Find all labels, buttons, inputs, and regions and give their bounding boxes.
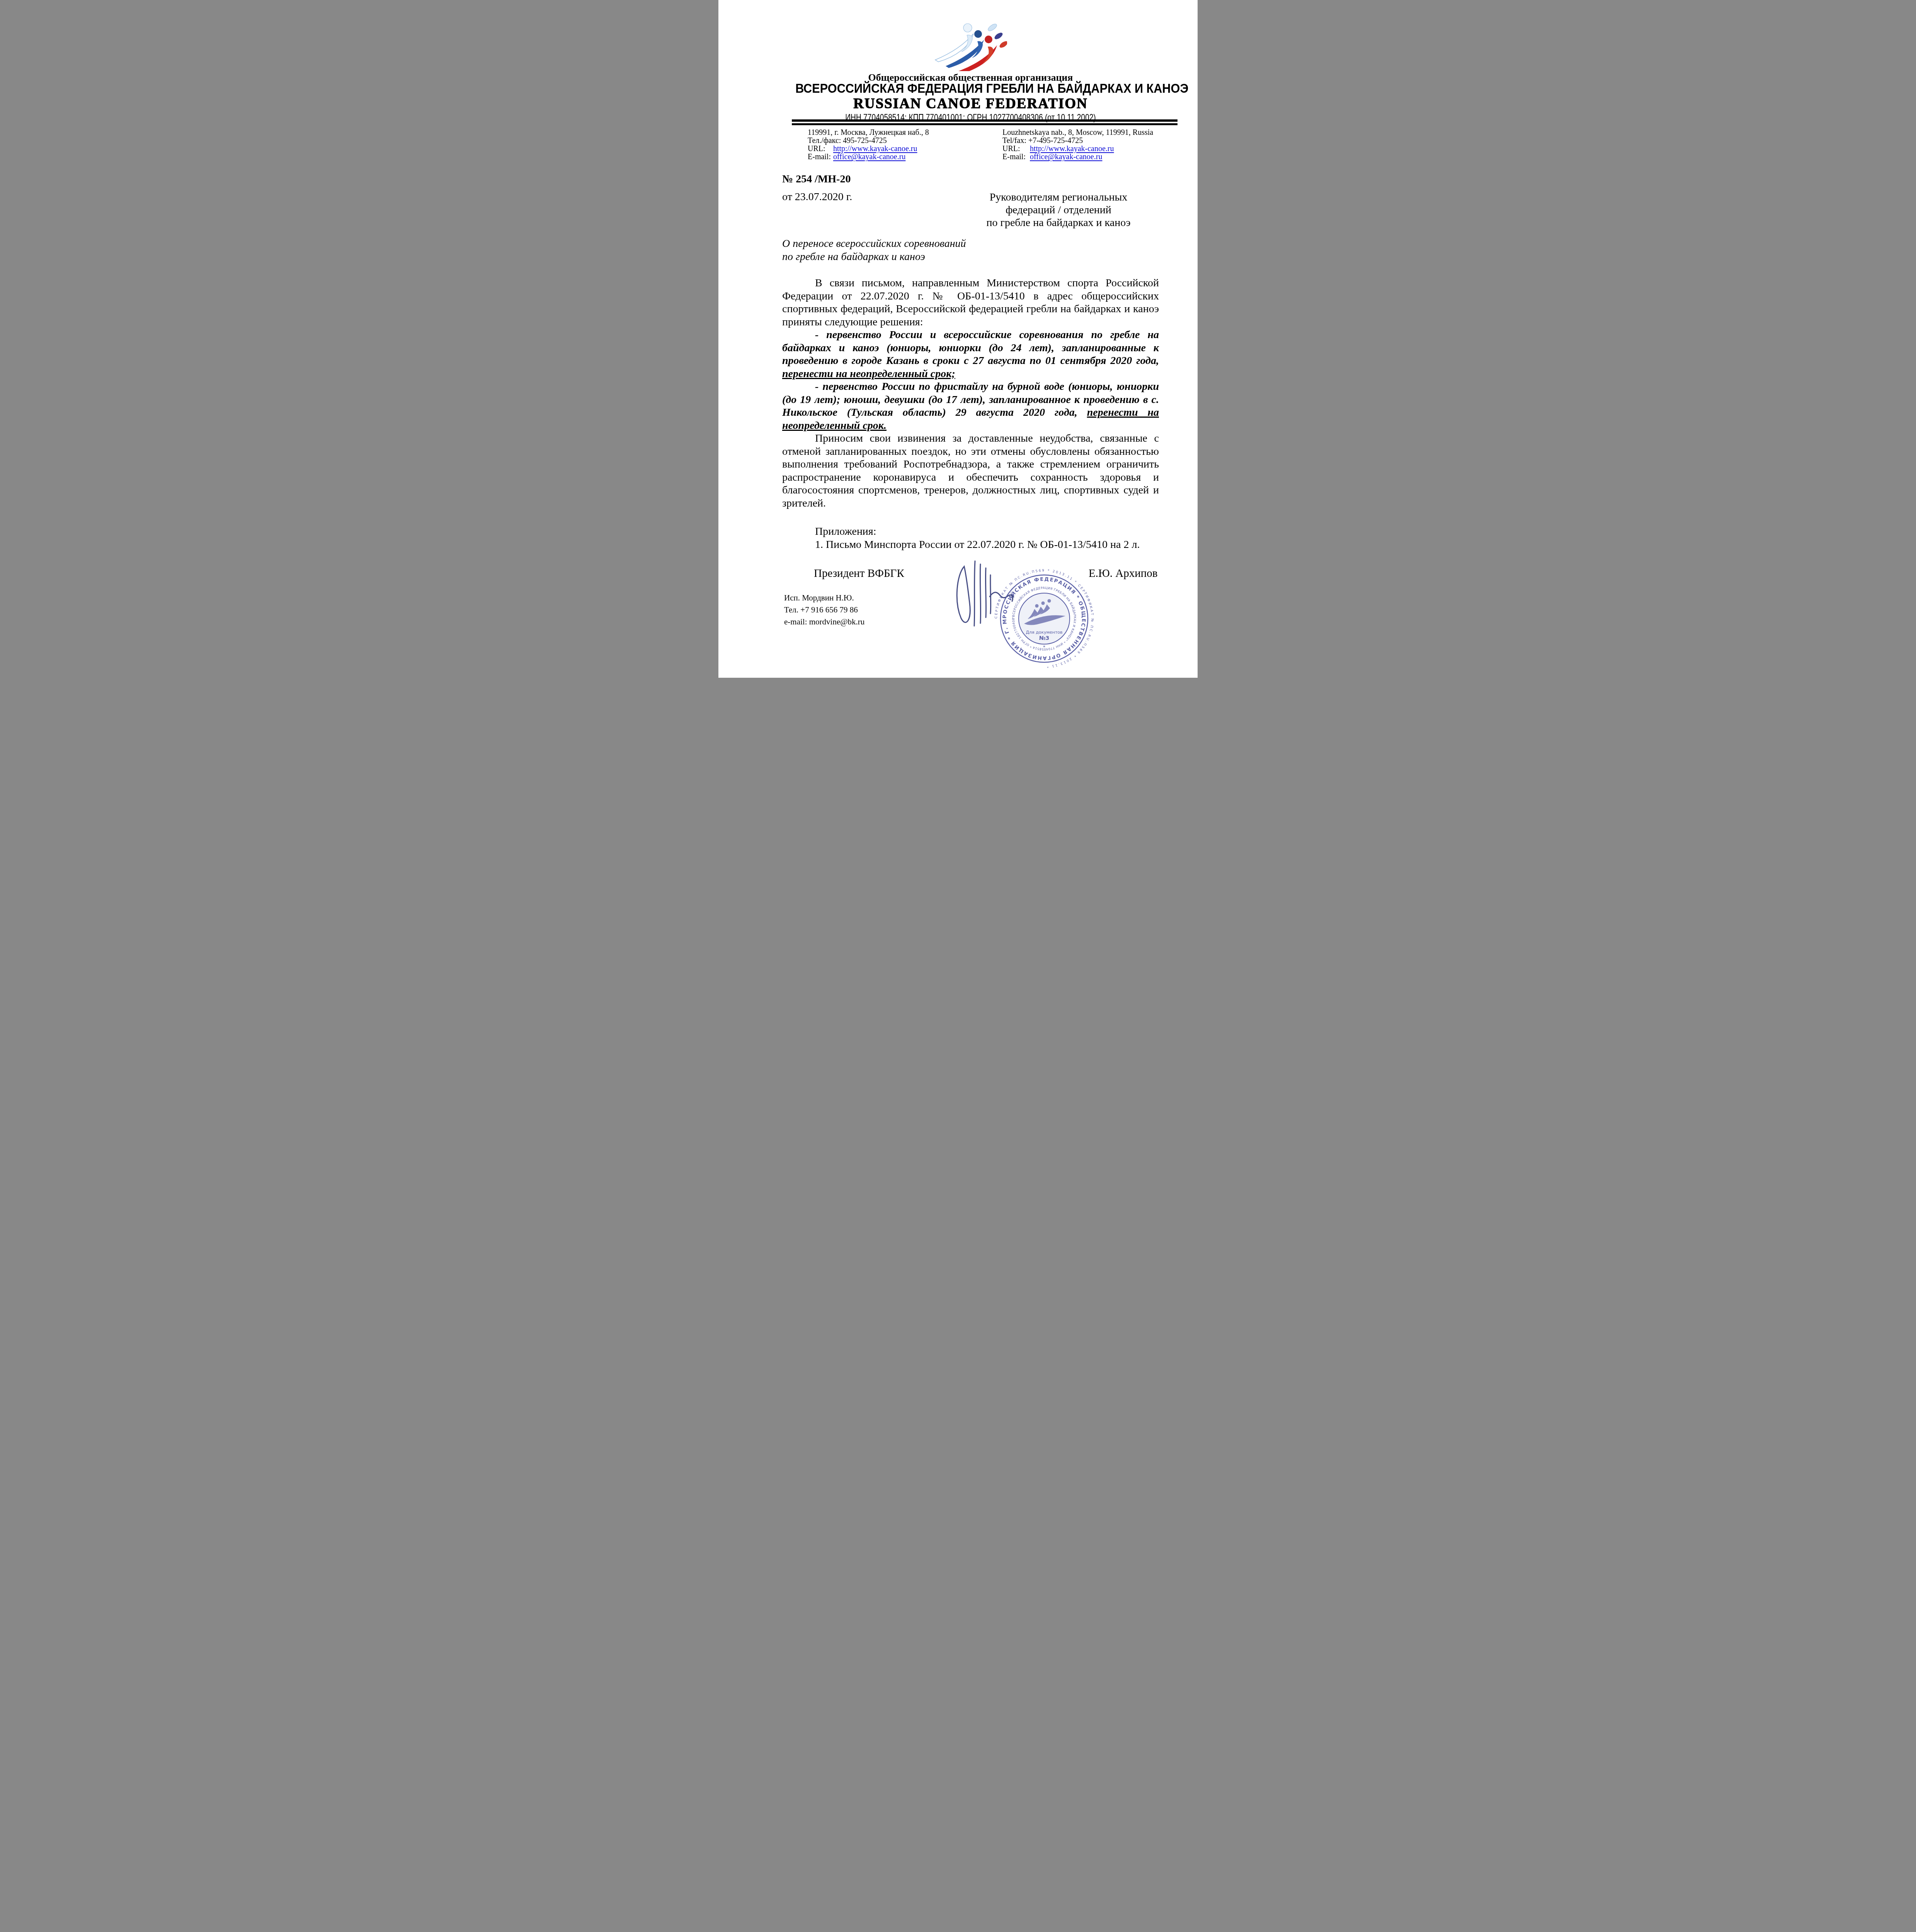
email-link-en[interactable]: office@kayak-canoe.ru: [1030, 153, 1102, 161]
addressee-line: федераций / отделений: [966, 204, 1151, 216]
url-row-en: URL:http://www.kayak-canoe.ru: [1002, 145, 1157, 153]
contacts-russian: 119991, г. Москва, Лужнецкая наб., 8 Тел…: [808, 129, 935, 161]
executor-phone: Тел. +7 916 656 79 86: [784, 604, 864, 616]
url-label-en: URL:: [1002, 145, 1030, 153]
org-name-russian: ВСЕРОССИЙСКАЯ ФЕДЕРАЦИЯ ГРЕБЛИ НА БАЙДАР…: [795, 81, 1146, 96]
org-name-english: RUSSIAN CANOE FEDERATION: [782, 95, 1159, 112]
federation-logo: [934, 22, 1007, 71]
address-ru: 119991, г. Москва, Лужнецкая наб., 8: [808, 129, 935, 137]
phone-ru: Тел./факс: 495-725-4725: [808, 137, 935, 145]
attachments-label: Приложения:: [782, 525, 1159, 538]
executor-name: Исп. Мордвин Н.Ю.: [784, 592, 864, 604]
email-link-ru[interactable]: office@kayak-canoe.ru: [833, 153, 905, 161]
phone-en: Tel/fax: +7-495-725-4725: [1002, 137, 1157, 145]
signer-name: Е.Ю. Архипов: [1089, 567, 1157, 580]
addressee-line: по гребле на байдарках и каноэ: [966, 216, 1151, 229]
url-label-ru: URL:: [808, 145, 833, 153]
round-stamp: СЕРТИФИКАТ № ПС.RU.П569 * 2013.11 * СЕРТ…: [991, 566, 1097, 672]
email-label-ru: E-mail:: [808, 153, 833, 161]
stamp-number: №3: [1039, 635, 1050, 641]
url-row-ru: URL:http://www.kayak-canoe.ru: [808, 145, 935, 153]
decision-underlined: перенести на неопределенный срок;: [782, 368, 955, 380]
letter-body: В связи письмом, направленным Министерст…: [782, 277, 1159, 551]
addressee-line: Руководителям региональных: [966, 191, 1151, 204]
subject-line: О переносе всероссийских соревнований: [782, 237, 966, 250]
stamp-purpose: Для документов: [1026, 630, 1062, 635]
decision-text: - первенство России и всероссийские соре…: [782, 329, 1159, 367]
decision-paragraph-2: - первенство России по фристайлу на бурн…: [782, 380, 1159, 432]
email-label-en: E-mail:: [1002, 153, 1030, 161]
contacts-english: Louzhnetskaya nab., 8, Moscow, 119991, R…: [1002, 129, 1157, 161]
addressee-block: Руководителям региональных федераций / о…: [966, 191, 1151, 229]
attachment-item: 1. Письмо Минспорта России от 22.07.2020…: [782, 538, 1159, 551]
letter-number: № 254 /МН-20: [782, 173, 851, 185]
executor-email: e-mail: mordvine@bk.ru: [784, 616, 864, 628]
subject-line: по гребле на байдарках и каноэ: [782, 250, 966, 264]
stamp-star: *: [1043, 645, 1045, 650]
apology-paragraph: Приносим свои извинения за доставленные …: [782, 432, 1159, 510]
intro-paragraph: В связи письмом, направленным Министерст…: [782, 277, 1159, 328]
letter-subject: О переносе всероссийских соревнований по…: [782, 237, 966, 264]
decision-paragraph-1: - первенство России и всероссийские соре…: [782, 328, 1159, 380]
divider-bar-top: [792, 119, 1178, 122]
url-link-en[interactable]: http://www.kayak-canoe.ru: [1030, 145, 1114, 153]
logo-paddle-blades: [987, 23, 1007, 49]
email-row-en: E-mail:office@kayak-canoe.ru: [1002, 153, 1157, 161]
executor-block: Исп. Мордвин Н.Ю. Тел. +7 916 656 79 86 …: [784, 592, 864, 628]
url-link-ru[interactable]: http://www.kayak-canoe.ru: [833, 145, 917, 153]
email-row-ru: E-mail:office@kayak-canoe.ru: [808, 153, 935, 161]
divider-bar-bottom: [792, 123, 1178, 125]
letter-date: от 23.07.2020 г.: [782, 191, 852, 203]
signer-title: Президент ВФБГК: [814, 567, 904, 580]
attachments-block: Приложения: 1. Письмо Минспорта России о…: [782, 525, 1159, 551]
address-en: Louzhnetskaya nab., 8, Moscow, 119991, R…: [1002, 129, 1157, 137]
letter-page: Общероссийская общественная организация …: [718, 0, 1198, 678]
